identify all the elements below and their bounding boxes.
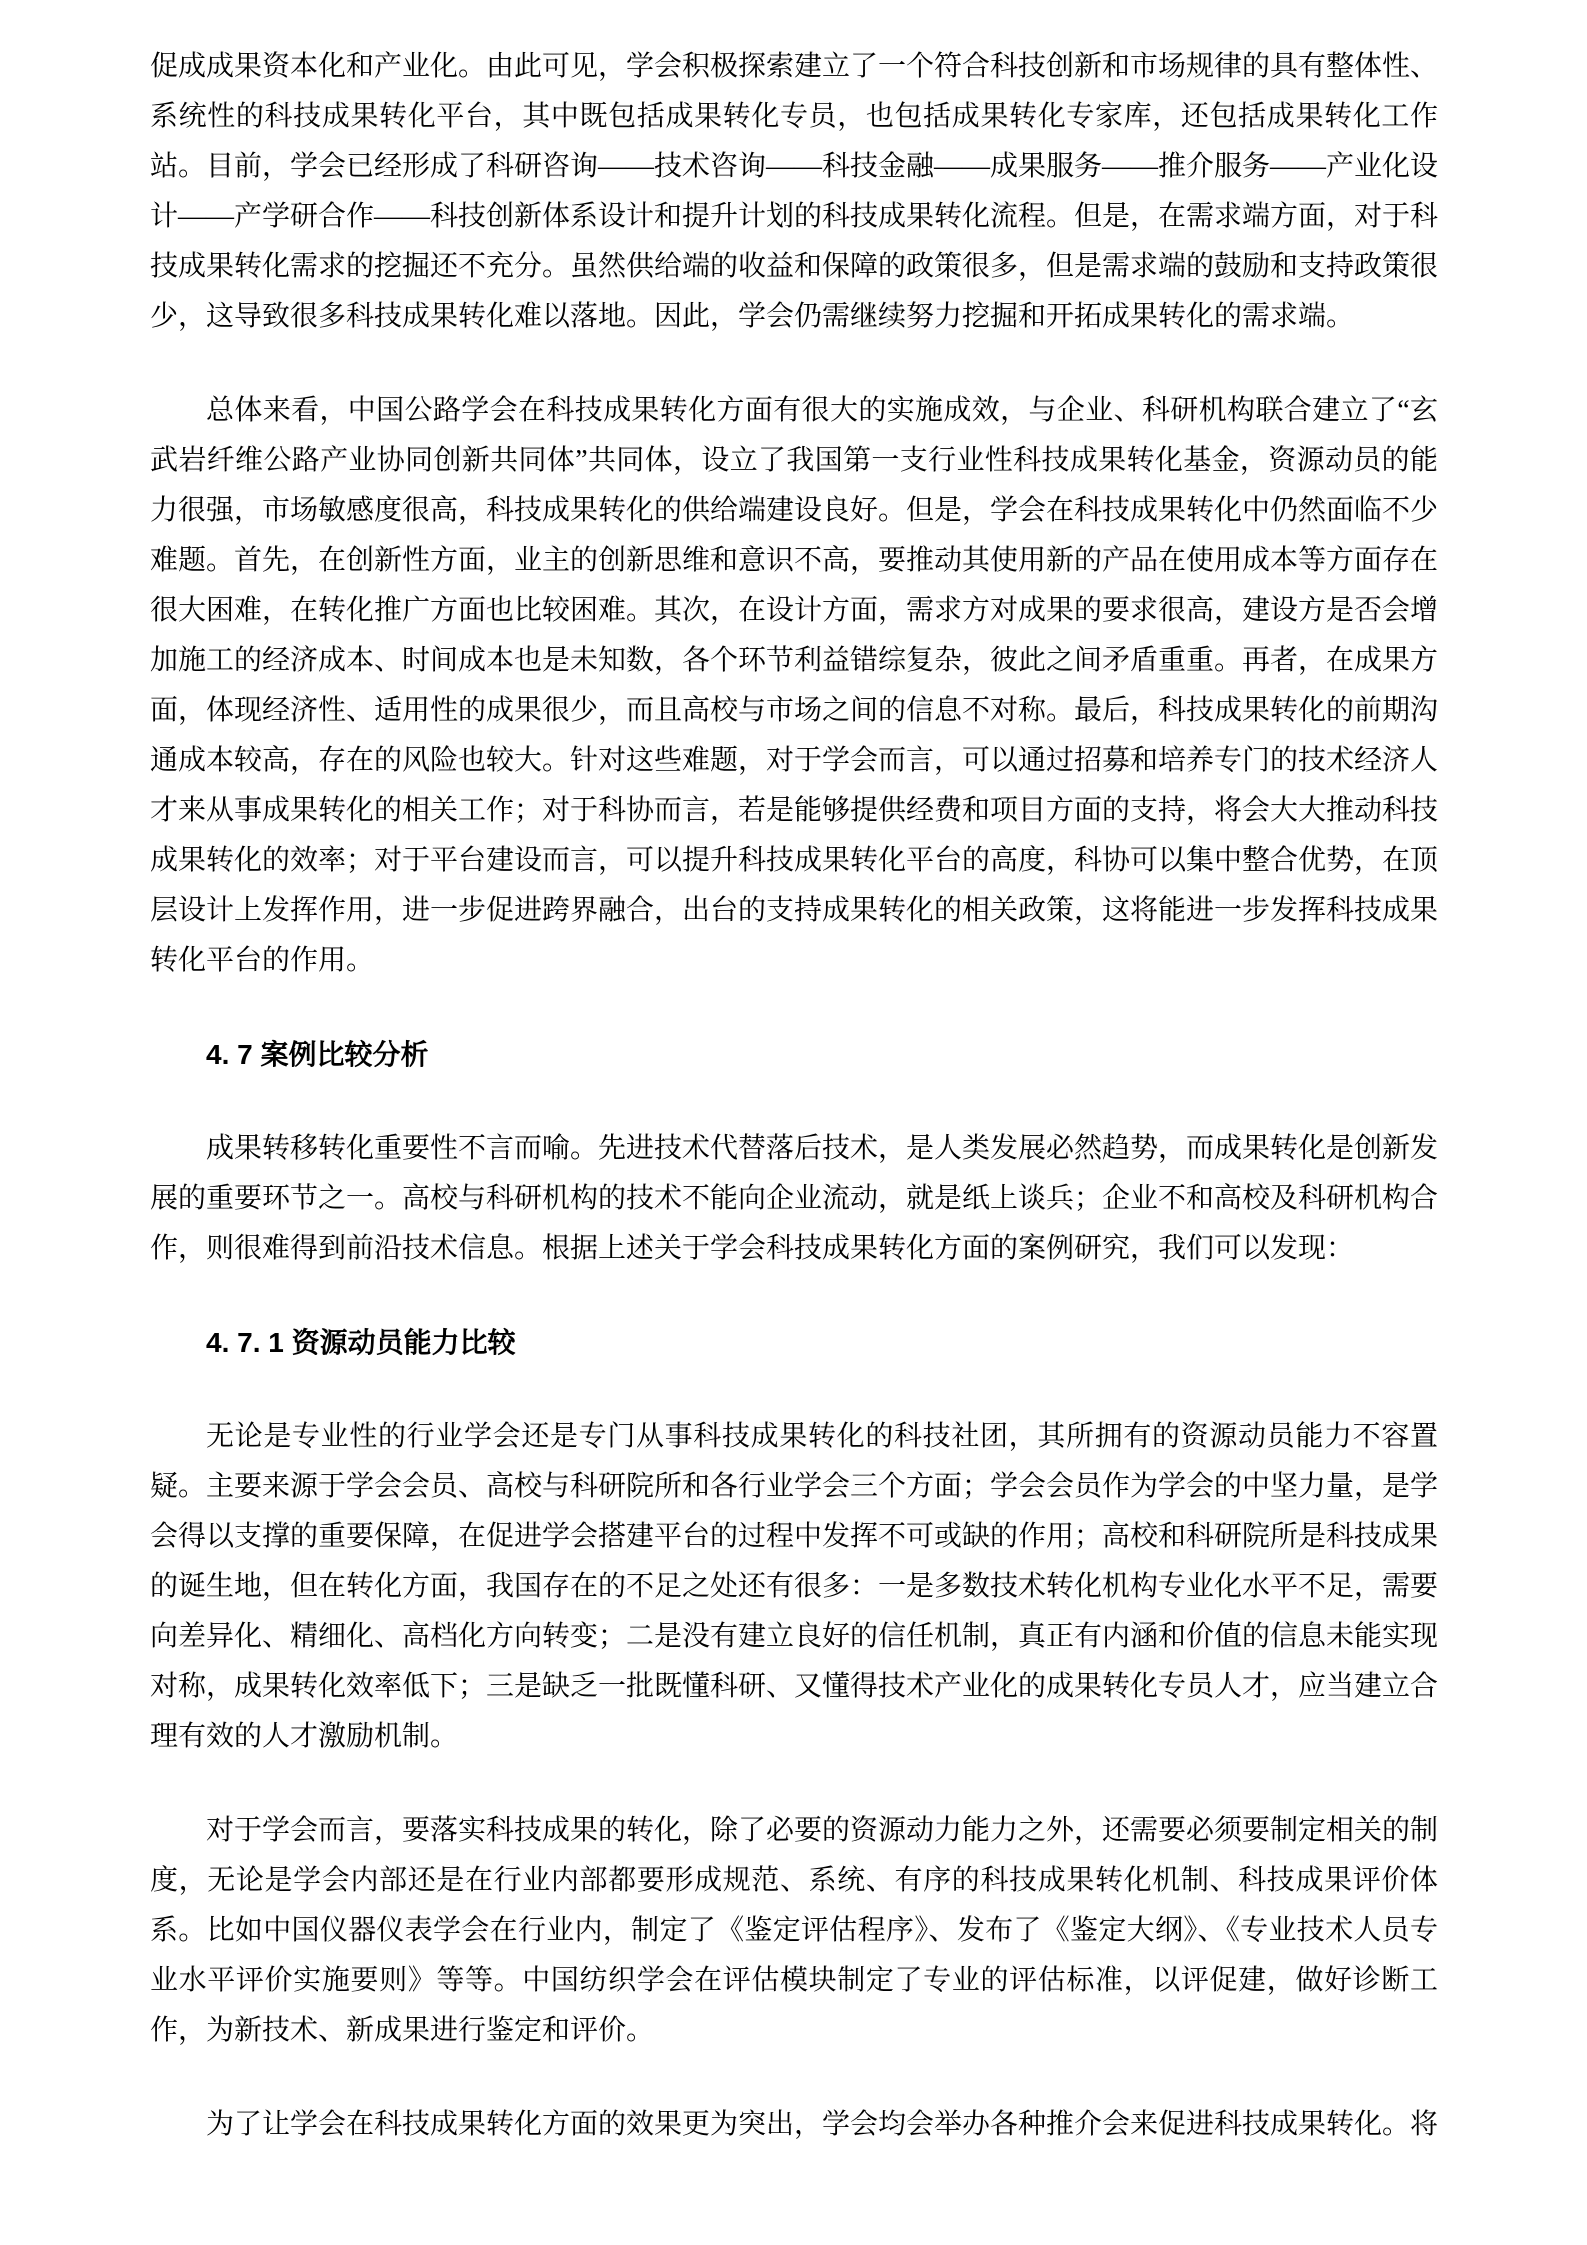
section-heading-4-7: 4. 7 案例比较分析 (150, 1030, 1438, 1080)
section-heading-4-7-1: 4. 7. 1 资源动员能力比较 (150, 1318, 1438, 1368)
paragraph-summary: 总体来看，中国公路学会在科技成果转化方面有很大的实施成效，与企业、科研机构联合建… (150, 386, 1438, 986)
paragraph-resource-mobilization: 无论是专业性的行业学会还是专门从事科技成果转化的科技社团，其所拥有的资源动员能力… (150, 1412, 1438, 1762)
document-page: 促成成果资本化和产业化。由此可见，学会积极探索建立了一个符合科技创新和市场规律的… (0, 0, 1587, 2245)
paragraph-institution-system: 对于学会而言，要落实科技成果的转化，除了必要的资源动力能力之外，还需要必须要制定… (150, 1806, 1438, 2056)
paragraph-section-intro: 成果转移转化重要性不言而喻。先进技术代替落后技术，是人类发展必然趋势，而成果转化… (150, 1124, 1438, 1274)
paragraph-continuation: 促成成果资本化和产业化。由此可见，学会积极探索建立了一个符合科技创新和市场规律的… (150, 42, 1438, 342)
paragraph-promotion-truncated: 为了让学会在科技成果转化方面的效果更为突出，学会均会举办各种推介会来促进科技成果… (150, 2100, 1438, 2150)
